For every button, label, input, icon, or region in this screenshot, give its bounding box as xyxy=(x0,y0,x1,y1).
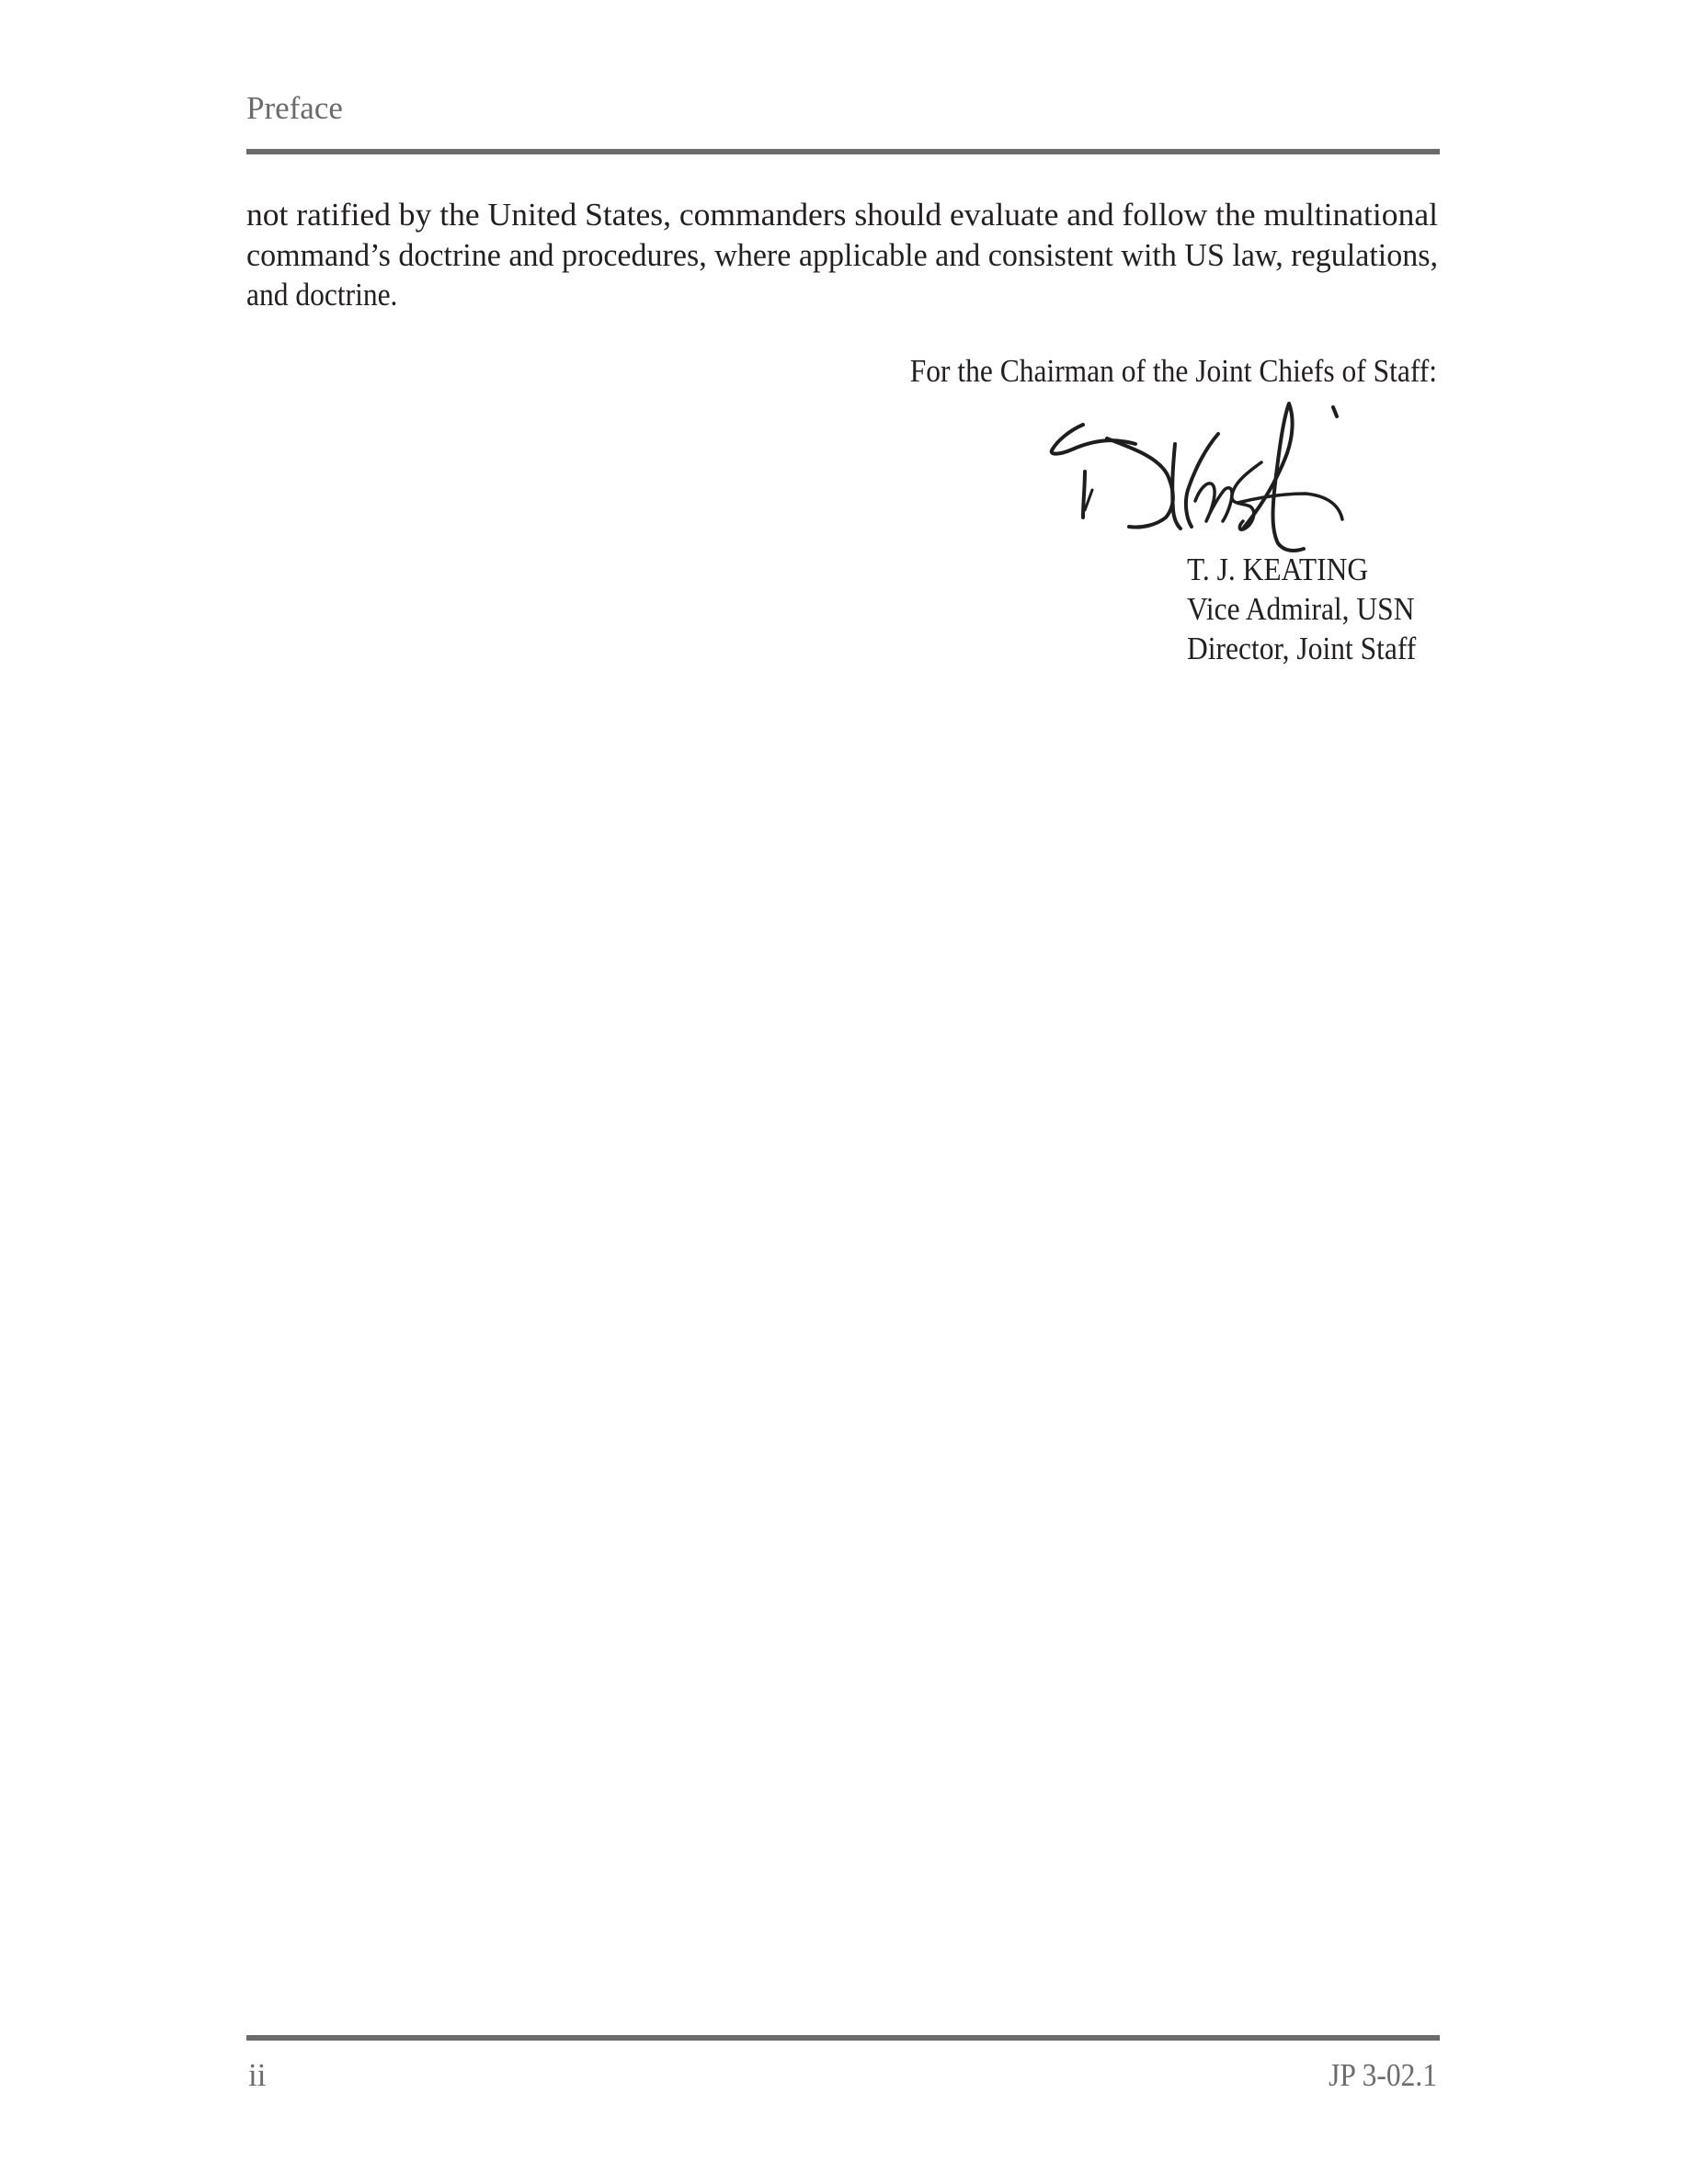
signatory-rank: Vice Admiral, USN xyxy=(1187,589,1416,629)
footer-rule xyxy=(246,2035,1440,2041)
paragraph-line-text: and doctrine. xyxy=(246,275,397,315)
body-paragraph: not ratified by the United States, comma… xyxy=(246,195,1438,315)
publication-number: JP 3-02.1 xyxy=(1329,2057,1437,2094)
header-rule xyxy=(246,149,1440,154)
signature-icon xyxy=(1030,391,1370,556)
signatory-title: Director, Joint Staff xyxy=(1187,629,1416,668)
paragraph-line: not ratified by the United States, comma… xyxy=(246,195,1438,235)
page-number: ii xyxy=(248,2057,266,2094)
paragraph-line: and doctrine. xyxy=(246,275,1438,315)
paragraph-line: command’s doctrine and procedures, where… xyxy=(246,235,1438,276)
signatory-name: T. J. KEATING xyxy=(1187,550,1416,589)
paragraph-line-text: not ratified by the United States, comma… xyxy=(246,195,1438,235)
paragraph-line-text: command’s doctrine and procedures, where… xyxy=(246,235,1438,276)
running-header-title: Preface xyxy=(246,90,343,127)
signatory-block: T. J. KEATING Vice Admiral, USN Director… xyxy=(1187,550,1442,668)
signature-closing: For the Chairman of the Joint Chiefs of … xyxy=(910,351,1437,391)
